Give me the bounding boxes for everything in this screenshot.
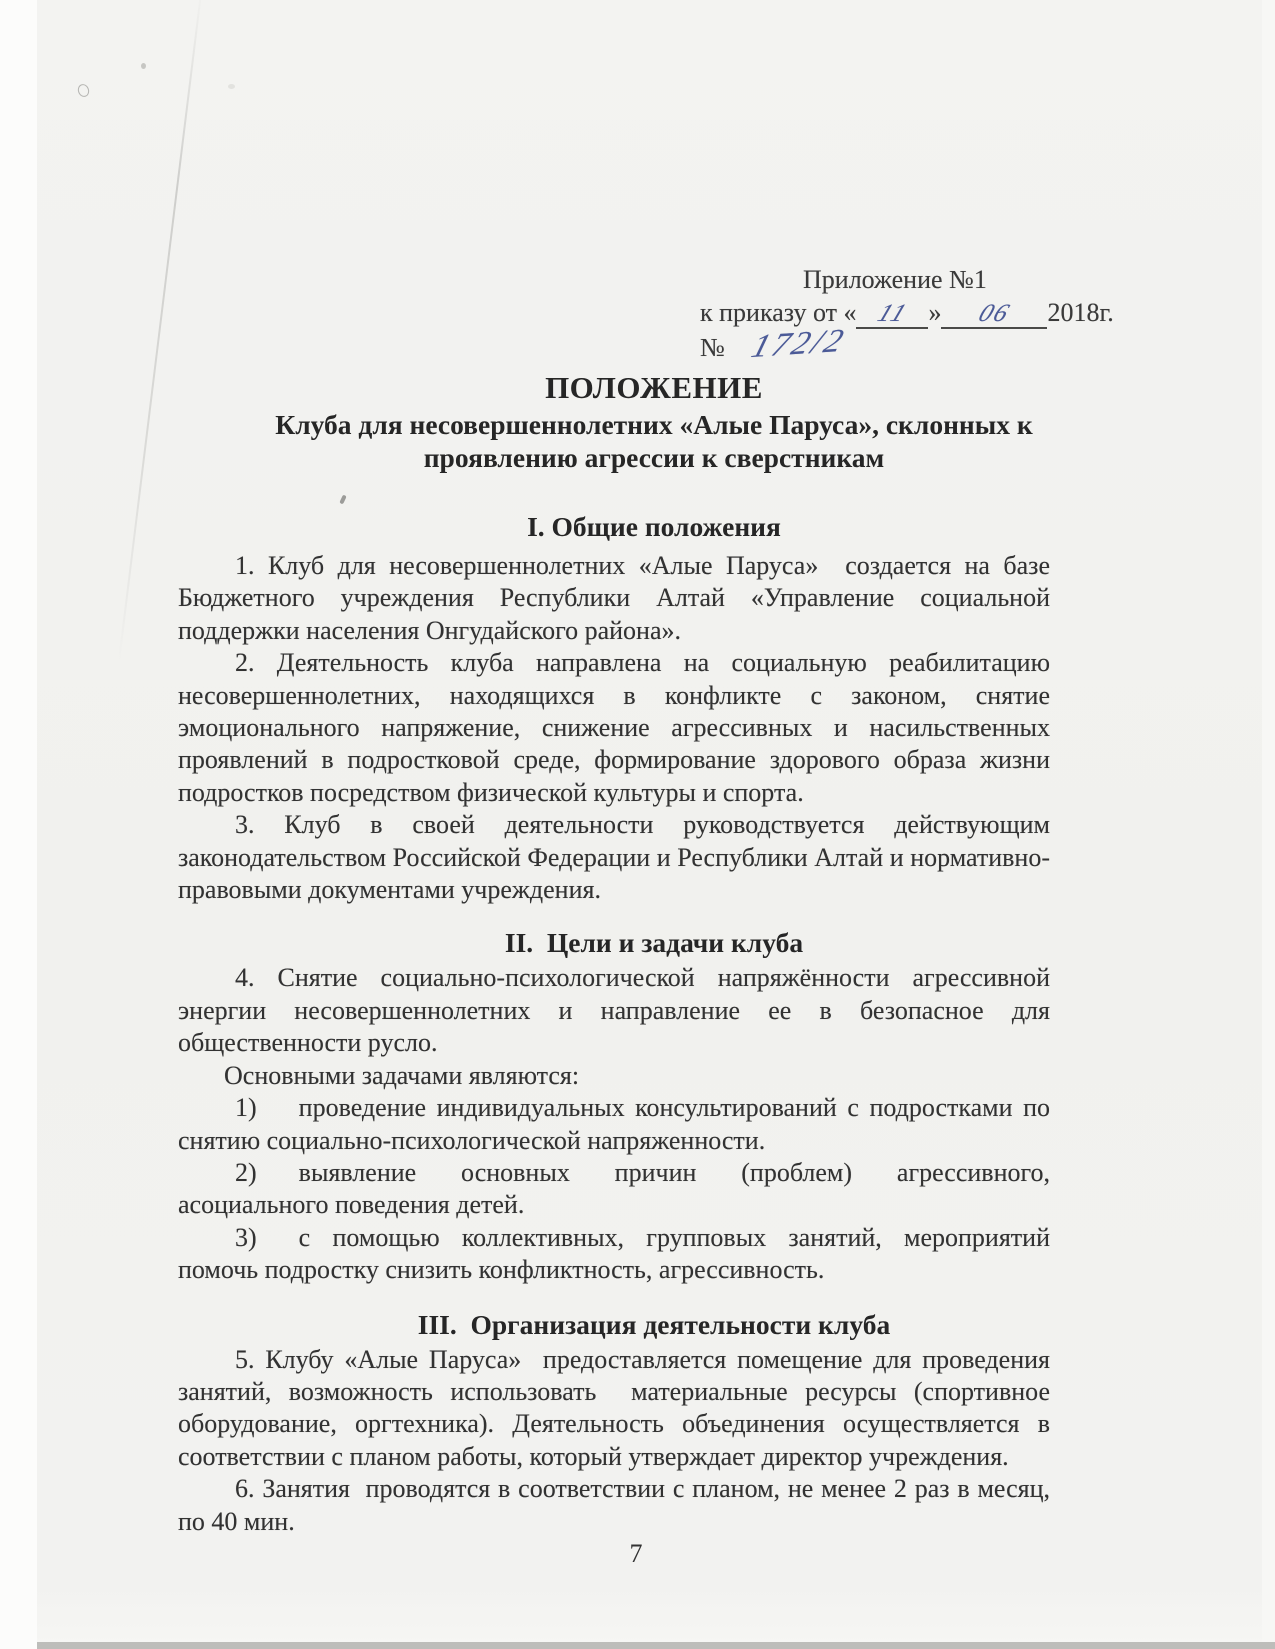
appendix-block: Приложение №1 к приказу от «11»062018г. …	[700, 263, 1100, 364]
document-title: ПОЛОЖЕНИЕ	[218, 371, 1090, 404]
section-heading-organization: III. Организация деятельности клуба	[218, 1309, 1090, 1341]
number-sign: №	[700, 333, 725, 362]
task-item-marker: 1)	[235, 1093, 257, 1122]
order-year: 2018г.	[1047, 298, 1113, 327]
handwritten-month: 06	[975, 301, 1015, 327]
order-prefix: к приказу от «	[700, 298, 856, 327]
task-item-text: с помощью коллективных, групповых заняти…	[178, 1223, 1050, 1284]
document-body: ПОЛОЖЕНИЕ Клуба для несовершеннолетних «…	[178, 371, 1050, 1570]
order-day-blank: 11	[856, 300, 928, 329]
task-item-text: выявление основных причин (проблем) агре…	[178, 1158, 1050, 1219]
order-line: к приказу от «11»062018г.	[700, 296, 1100, 329]
paragraph-1: 1. Клуб для несовершеннолетних «Алые Пар…	[178, 550, 1050, 647]
handwritten-day: 11	[874, 301, 912, 327]
tasks-intro: Основными задачами являются:	[178, 1060, 1050, 1092]
scan-edge-right	[1262, 0, 1275, 1649]
task-item-3: 3)с помощью коллективных, групповых заня…	[178, 1222, 1050, 1287]
document-subtitle: Клуба для несовершеннолетних «Алые Парус…	[254, 408, 1054, 474]
scan-speck	[141, 63, 146, 69]
section-heading-goals: II. Цели и задачи клуба	[218, 927, 1090, 959]
paragraph-2: 2. Деятельность клуба направлена на соци…	[178, 647, 1050, 809]
task-item-2: 2)выявление основных причин (проблем) аг…	[178, 1157, 1050, 1222]
page-number: 7	[200, 1538, 1072, 1570]
task-item-marker: 2)	[235, 1158, 257, 1187]
paragraph-3: 3. Клуб в своей деятельности руководству…	[178, 809, 1050, 906]
appendix-title: Приложение №1	[700, 263, 1100, 296]
task-item-1: 1)проведение индивидуальных консультиров…	[178, 1092, 1050, 1157]
scan-speck	[228, 84, 235, 89]
scanned-document-page: Приложение №1 к приказу от «11»062018г. …	[0, 0, 1275, 1649]
order-number-line: №172/2	[700, 330, 1100, 364]
paragraph-5: 5. Клубу «Алые Паруса» предоставляется п…	[178, 1344, 1050, 1474]
handwritten-order-number: 172/2	[748, 325, 850, 364]
scan-edge-bottom	[37, 1642, 1275, 1649]
task-item-marker: 3)	[235, 1223, 257, 1252]
order-month-blank: 06	[941, 300, 1047, 329]
section-heading-general: I. Общие положения	[218, 511, 1090, 543]
paragraph-4: 4. Снятие социально-психологической напр…	[178, 962, 1050, 1059]
scan-edge-left	[0, 0, 37, 1649]
order-close-quote: »	[928, 298, 941, 327]
task-item-text: проведение индивидуальных консультирован…	[178, 1093, 1050, 1154]
scan-speck	[76, 83, 91, 99]
paragraph-6: 6. Занятия проводятся в соответствии с п…	[178, 1473, 1050, 1538]
